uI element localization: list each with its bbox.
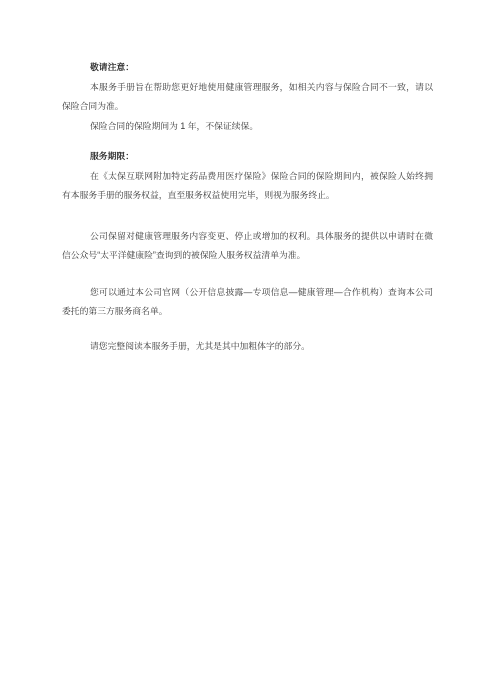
section-read-reminder: 请您完整阅读本服务手册，尤其是其中加粗体字的部分。 (62, 337, 433, 357)
paragraph: 保险合同的保险期间为 1 年，不保证续保。 (62, 117, 433, 137)
section-service-term: 服务期限： 在《太保互联网附加特定药品费用医疗保险》保险合同的保险期间内，被保险… (62, 147, 433, 206)
paragraph: 本服务手册旨在帮助您更好地使用健康管理服务，如相关内容与保险合同不一致，请以保险… (62, 78, 433, 117)
paragraph: 您可以通过本公司官网（公开信息披露—专项信息—健康管理—合作机构）查询本公司委托… (62, 283, 433, 322)
section-notice: 敬请注意： 本服务手册旨在帮助您更好地使用健康管理服务，如相关内容与保险合同不一… (62, 58, 433, 136)
document-page: 敬请注意： 本服务手册旨在帮助您更好地使用健康管理服务，如相关内容与保险合同不一… (0, 0, 495, 700)
paragraph: 在《太保互联网附加特定药品费用医疗保险》保险合同的保险期间内，被保险人始终拥有本… (62, 167, 433, 206)
section-third-party-list: 您可以通过本公司官网（公开信息披露—专项信息—健康管理—合作机构）查询本公司委托… (62, 283, 433, 322)
section-heading-service-term: 服务期限： (62, 147, 433, 167)
section-heading-notice: 敬请注意： (62, 58, 433, 78)
document-content: 敬请注意： 本服务手册旨在帮助您更好地使用健康管理服务，如相关内容与保险合同不一… (62, 58, 433, 356)
section-rights-reservation: 公司保留对健康管理服务内容变更、停止或增加的权利。具体服务的提供以申请时在微信公… (62, 227, 433, 266)
paragraph: 请您完整阅读本服务手册，尤其是其中加粗体字的部分。 (62, 337, 433, 357)
paragraph: 公司保留对健康管理服务内容变更、停止或增加的权利。具体服务的提供以申请时在微信公… (62, 227, 433, 266)
